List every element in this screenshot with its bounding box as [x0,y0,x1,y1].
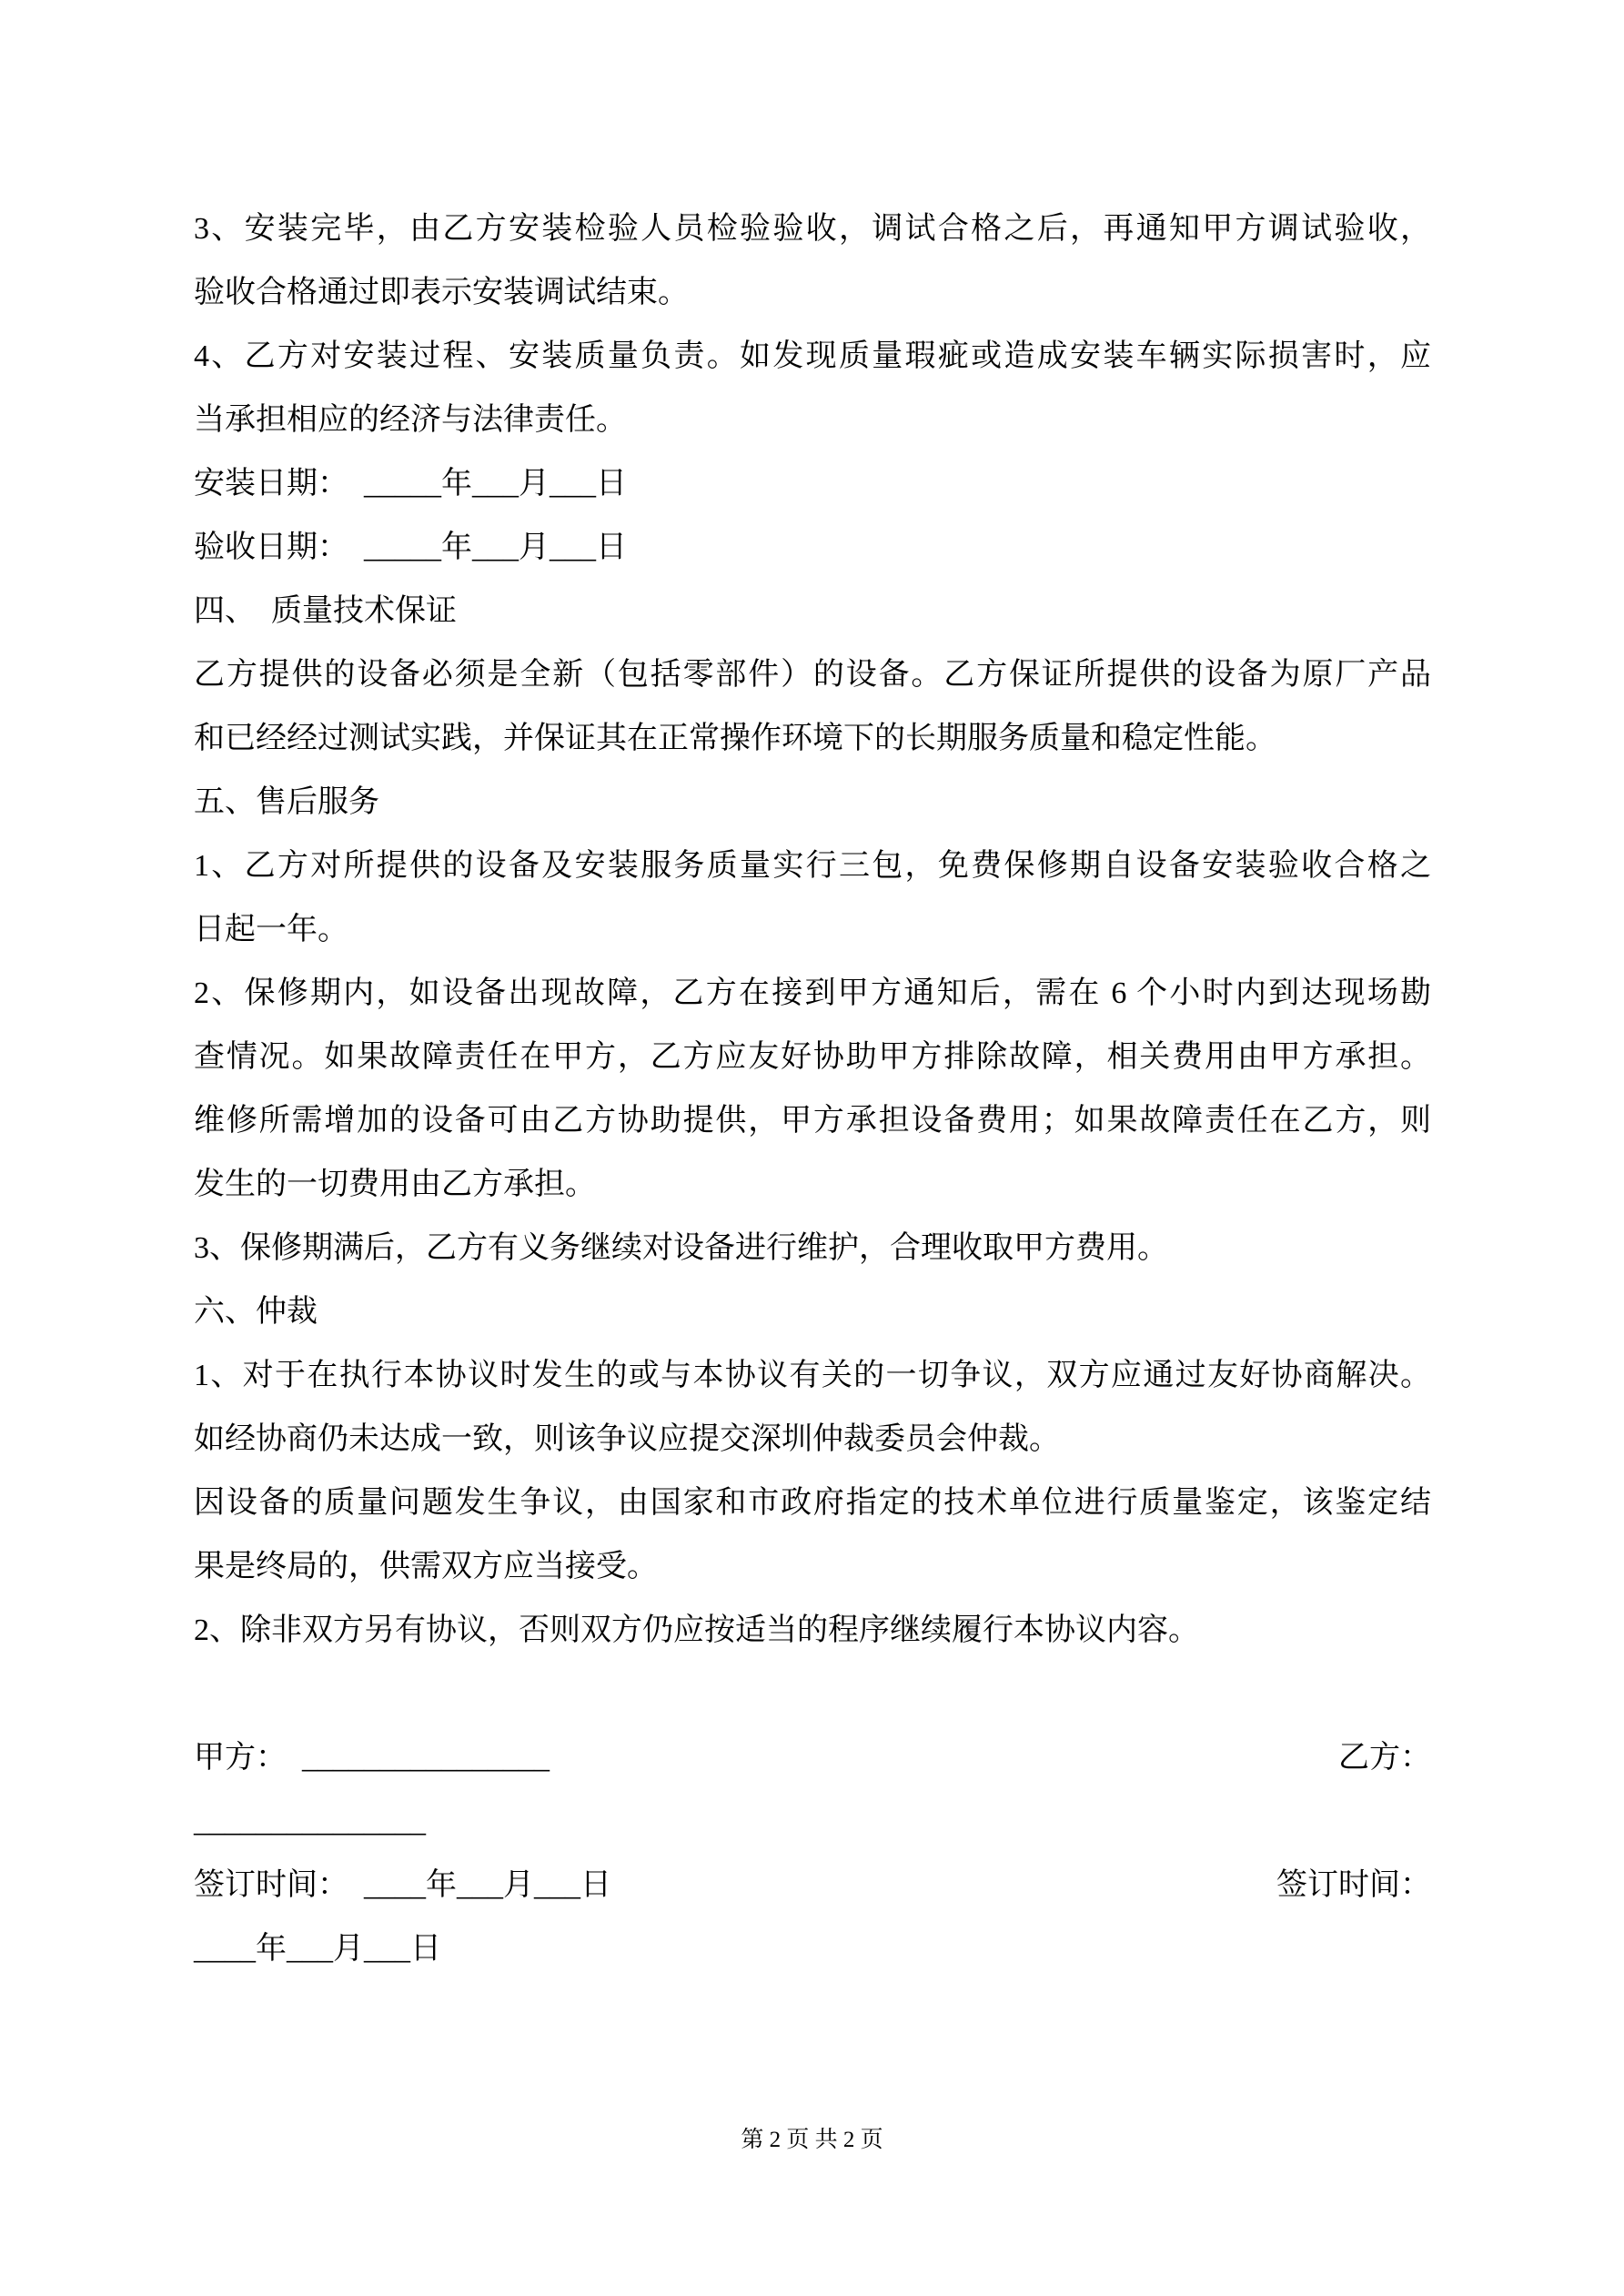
body-line: 因设备的质量问题发生争议，由国家和市政府指定的技术单位进行质量鉴定，该鉴定结 [194,1472,1431,1535]
body-line: 1、乙方对所提供的设备及安装服务质量实行三包，免费保修期自设备安装验收合格之 [194,834,1431,898]
party-b-sign-time-label: 签订时间： [1276,1854,1431,1917]
body-line: 日起一年。 [194,898,1431,962]
body-line: 发生的一切费用由乙方承担。 [194,1153,1431,1217]
body-line: 4、乙方对安装过程、安装质量负责。如发现质量瑕疵或造成安装车辆实际损害时，应 [194,325,1431,389]
body-line: 当承担相应的经济与法律责任。 [194,389,1431,452]
body-line: 1、对于在执行本协议时发生的或与本协议有关的一切争议，双方应通过友好协商解决。 [194,1344,1431,1408]
body-line: 和已经经过测试实践，并保证其在正常操作环境下的长期服务质量和稳定性能。 [194,707,1431,771]
contract-page: 3、安装完毕，由乙方安装检验人员检验验收，调试合格之后，再通知甲方调试验收， 验… [0,0,1624,2296]
install-date-line: 安装日期： _____年___月___日 [194,452,1431,516]
body-line: 维修所需增加的设备可由乙方协助提供，甲方承担设备费用；如果故障责任在乙方，则 [194,1089,1431,1153]
body-line: 2、保修期内，如设备出现故障，乙方在接到甲方通知后，需在 6 个小时内到达现场勘 [194,962,1431,1026]
section-heading-service: 五、售后服务 [194,771,1431,834]
acceptance-date-line: 验收日期： _____年___月___日 [194,516,1431,580]
contract-body: 3、安装完毕，由乙方安装检验人员检验验收，调试合格之后，再通知甲方调试验收， 验… [194,197,1431,1981]
section-heading-arbitration: 六、仲裁 [194,1280,1431,1344]
party-a-sign-time-line-2: ____年___月___日 [194,1917,1431,1981]
body-line: 3、保修期满后，乙方有义务继续对设备进行维护，合理收取甲方费用。 [194,1217,1431,1280]
body-line: 果是终局的，供需双方应当接受。 [194,1535,1431,1599]
party-b-label: 乙方： [1338,1726,1431,1790]
party-a-signature-line: 甲方： ________________ [194,1726,550,1790]
signature-row-dates: 签订时间： ____年___月___日 签订时间： [194,1854,1431,1917]
body-line: 3、安装完毕，由乙方安装检验人员检验验收，调试合格之后，再通知甲方调试验收， [194,197,1431,261]
body-line: 如经协商仍未达成一致，则该争议应提交深圳仲裁委员会仲裁。 [194,1408,1431,1472]
page-number: 第 2 页 共 2 页 [0,2122,1624,2159]
body-line: 乙方提供的设备必须是全新（包括零部件）的设备。乙方保证所提供的设备为原厂产品 [194,643,1431,707]
body-line: 2、除非双方另有协议，否则双方仍应按适当的程序继续履行本协议内容。 [194,1599,1431,1663]
party-a-sign-time-line: 签订时间： ____年___月___日 [194,1854,611,1917]
body-line: 验收合格通过即表示安装调试结束。 [194,261,1431,325]
blank-line [194,1663,1431,1726]
section-heading-quality: 四、 质量技术保证 [194,580,1431,643]
signature-row-parties: 甲方： ________________ 乙方： [194,1726,1431,1790]
party-a-signature-line-2: _______________ [194,1790,1431,1854]
body-line: 查情况。如果故障责任在甲方，乙方应友好协助甲方排除故障，相关费用由甲方承担。 [194,1026,1431,1089]
